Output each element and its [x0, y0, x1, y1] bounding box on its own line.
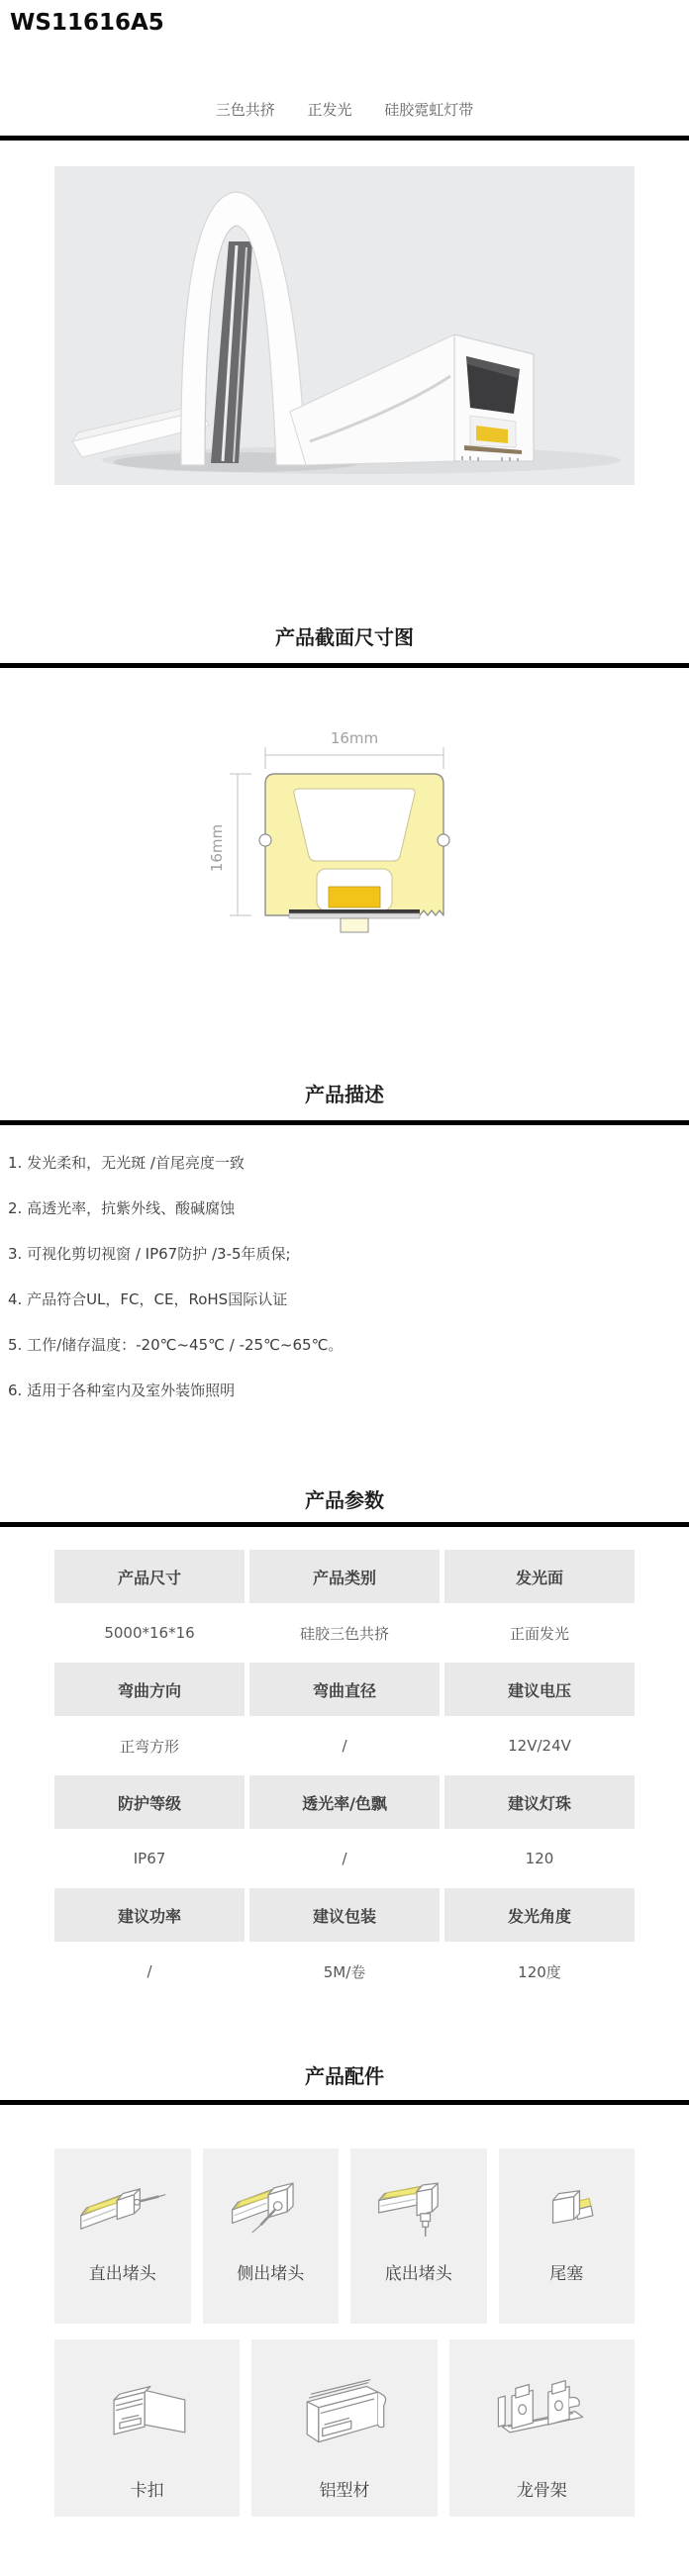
param-value: IP67	[54, 1832, 245, 1885]
param-header: 产品尺寸	[54, 1550, 245, 1603]
accessory-label: 龙骨架	[517, 2476, 567, 2501]
cross-section-diagram: 16mm 16mm	[0, 729, 689, 937]
param-header: 建议电压	[444, 1663, 635, 1716]
width-dimension-label: 16mm	[331, 729, 378, 747]
parameters-table: 产品尺寸 产品类别 发光面 5000*16*16 硅胶三色共挤 正面发光 弯曲方…	[54, 1550, 635, 1998]
param-value: 正弯方形	[54, 1719, 245, 1772]
accessory-clip: 卡扣	[54, 2339, 240, 2517]
accessory-bottom-end-cap: 底出堵头	[350, 2148, 487, 2324]
param-value: 120	[444, 1832, 635, 1885]
tag-front-emitting: 正发光	[307, 101, 351, 119]
param-header: 产品类别	[249, 1550, 440, 1603]
accessory-keel-bracket: 龙骨架	[449, 2339, 635, 2517]
param-value: /	[249, 1719, 440, 1772]
param-value: /	[54, 1945, 245, 1998]
section-title-parameters: 产品参数	[0, 1486, 689, 1514]
aluminum-profile-icon	[282, 2369, 407, 2460]
description-list: 1. 发光柔和，无光斑 /首尾亮度一致 2. 高透光率，抗紫外线、酸碱腐蚀 3.…	[0, 1153, 689, 1400]
param-header: 建议功率	[54, 1888, 245, 1942]
param-header: 透光率/色飘	[249, 1775, 440, 1829]
section-title-description: 产品描述	[0, 1081, 689, 1108]
param-header: 弯曲直径	[249, 1663, 440, 1716]
section-title-accessories: 产品配件	[0, 2062, 689, 2090]
param-value: /	[249, 1832, 440, 1885]
param-header: 弯曲方向	[54, 1663, 245, 1716]
description-item: 3. 可视化剪切视窗 / IP67防护 /3-5年质保;	[8, 1244, 689, 1264]
param-header: 发光角度	[444, 1888, 635, 1942]
section-divider	[0, 663, 689, 668]
accessory-tail-plug: 尾塞	[499, 2148, 636, 2324]
accessory-side-end-cap: 侧出堵头	[203, 2148, 340, 2324]
param-value: 正面发光	[444, 1606, 635, 1660]
height-dimension-label: 16mm	[208, 824, 226, 872]
tag-silicone-neon-strip: 硅胶霓虹灯带	[384, 101, 473, 119]
side-end-cap-icon	[223, 2174, 318, 2243]
accessory-label: 尾塞	[549, 2259, 583, 2284]
description-item: 5. 工作/储存温度：-20℃~45℃ / -25℃~65℃。	[8, 1335, 689, 1355]
tag-tri-color-extrusion: 三色共挤	[216, 101, 275, 119]
keel-bracket-icon	[479, 2369, 604, 2460]
product-hero-image	[54, 166, 635, 485]
param-header: 发光面	[444, 1550, 635, 1603]
section-title-cross-section: 产品截面尺寸图	[0, 623, 689, 651]
clip-icon	[85, 2369, 210, 2460]
straight-end-cap-icon	[75, 2174, 170, 2243]
description-item: 2. 高透光率，抗紫外线、酸碱腐蚀	[8, 1198, 689, 1218]
description-item: 6. 适用于各种室内及室外装饰照明	[8, 1381, 689, 1400]
neon-strip-render	[54, 166, 635, 485]
accessory-straight-end-cap: 直出堵头	[54, 2148, 191, 2324]
description-item: 4. 产品符合UL，FC，CE，RoHS国际认证	[8, 1289, 689, 1309]
accessories-row-1: 直出堵头 侧出堵头	[54, 2148, 635, 2324]
profile-diagram: 16mm 16mm	[206, 729, 483, 937]
product-tags: 三色共挤 正发光 硅胶霓虹灯带	[0, 99, 689, 121]
accessory-label: 铝型材	[319, 2476, 369, 2501]
section-divider	[0, 2100, 689, 2105]
accessory-aluminum-profile: 铝型材	[251, 2339, 437, 2517]
accessory-label: 直出堵头	[89, 2259, 156, 2284]
section-divider	[0, 136, 689, 141]
param-value: 12V/24V	[444, 1719, 635, 1772]
param-header: 建议包装	[249, 1888, 440, 1942]
section-divider	[0, 1120, 689, 1125]
bottom-end-cap-icon	[371, 2174, 466, 2243]
accessory-label: 底出堵头	[385, 2259, 452, 2284]
accessories-row-2: 卡扣 铝型材	[54, 2339, 635, 2517]
tail-plug-icon	[519, 2174, 614, 2243]
section-divider	[0, 1522, 689, 1527]
param-header: 防护等级	[54, 1775, 245, 1829]
accessory-label: 卡扣	[131, 2476, 164, 2501]
accessory-label: 侧出堵头	[237, 2259, 304, 2284]
page-title: WS11616A5	[0, 0, 689, 38]
bottom-spacer	[0, 2517, 689, 2550]
param-value: 5000*16*16	[54, 1606, 245, 1660]
param-value: 硅胶三色共挤	[249, 1606, 440, 1660]
product-spec-page: WS11616A5 三色共挤 正发光 硅胶霓虹灯带	[0, 0, 689, 2550]
param-value: 5M/卷	[249, 1945, 440, 1998]
param-header: 建议灯珠	[444, 1775, 635, 1829]
param-value: 120度	[444, 1945, 635, 1998]
description-item: 1. 发光柔和，无光斑 /首尾亮度一致	[8, 1153, 689, 1173]
